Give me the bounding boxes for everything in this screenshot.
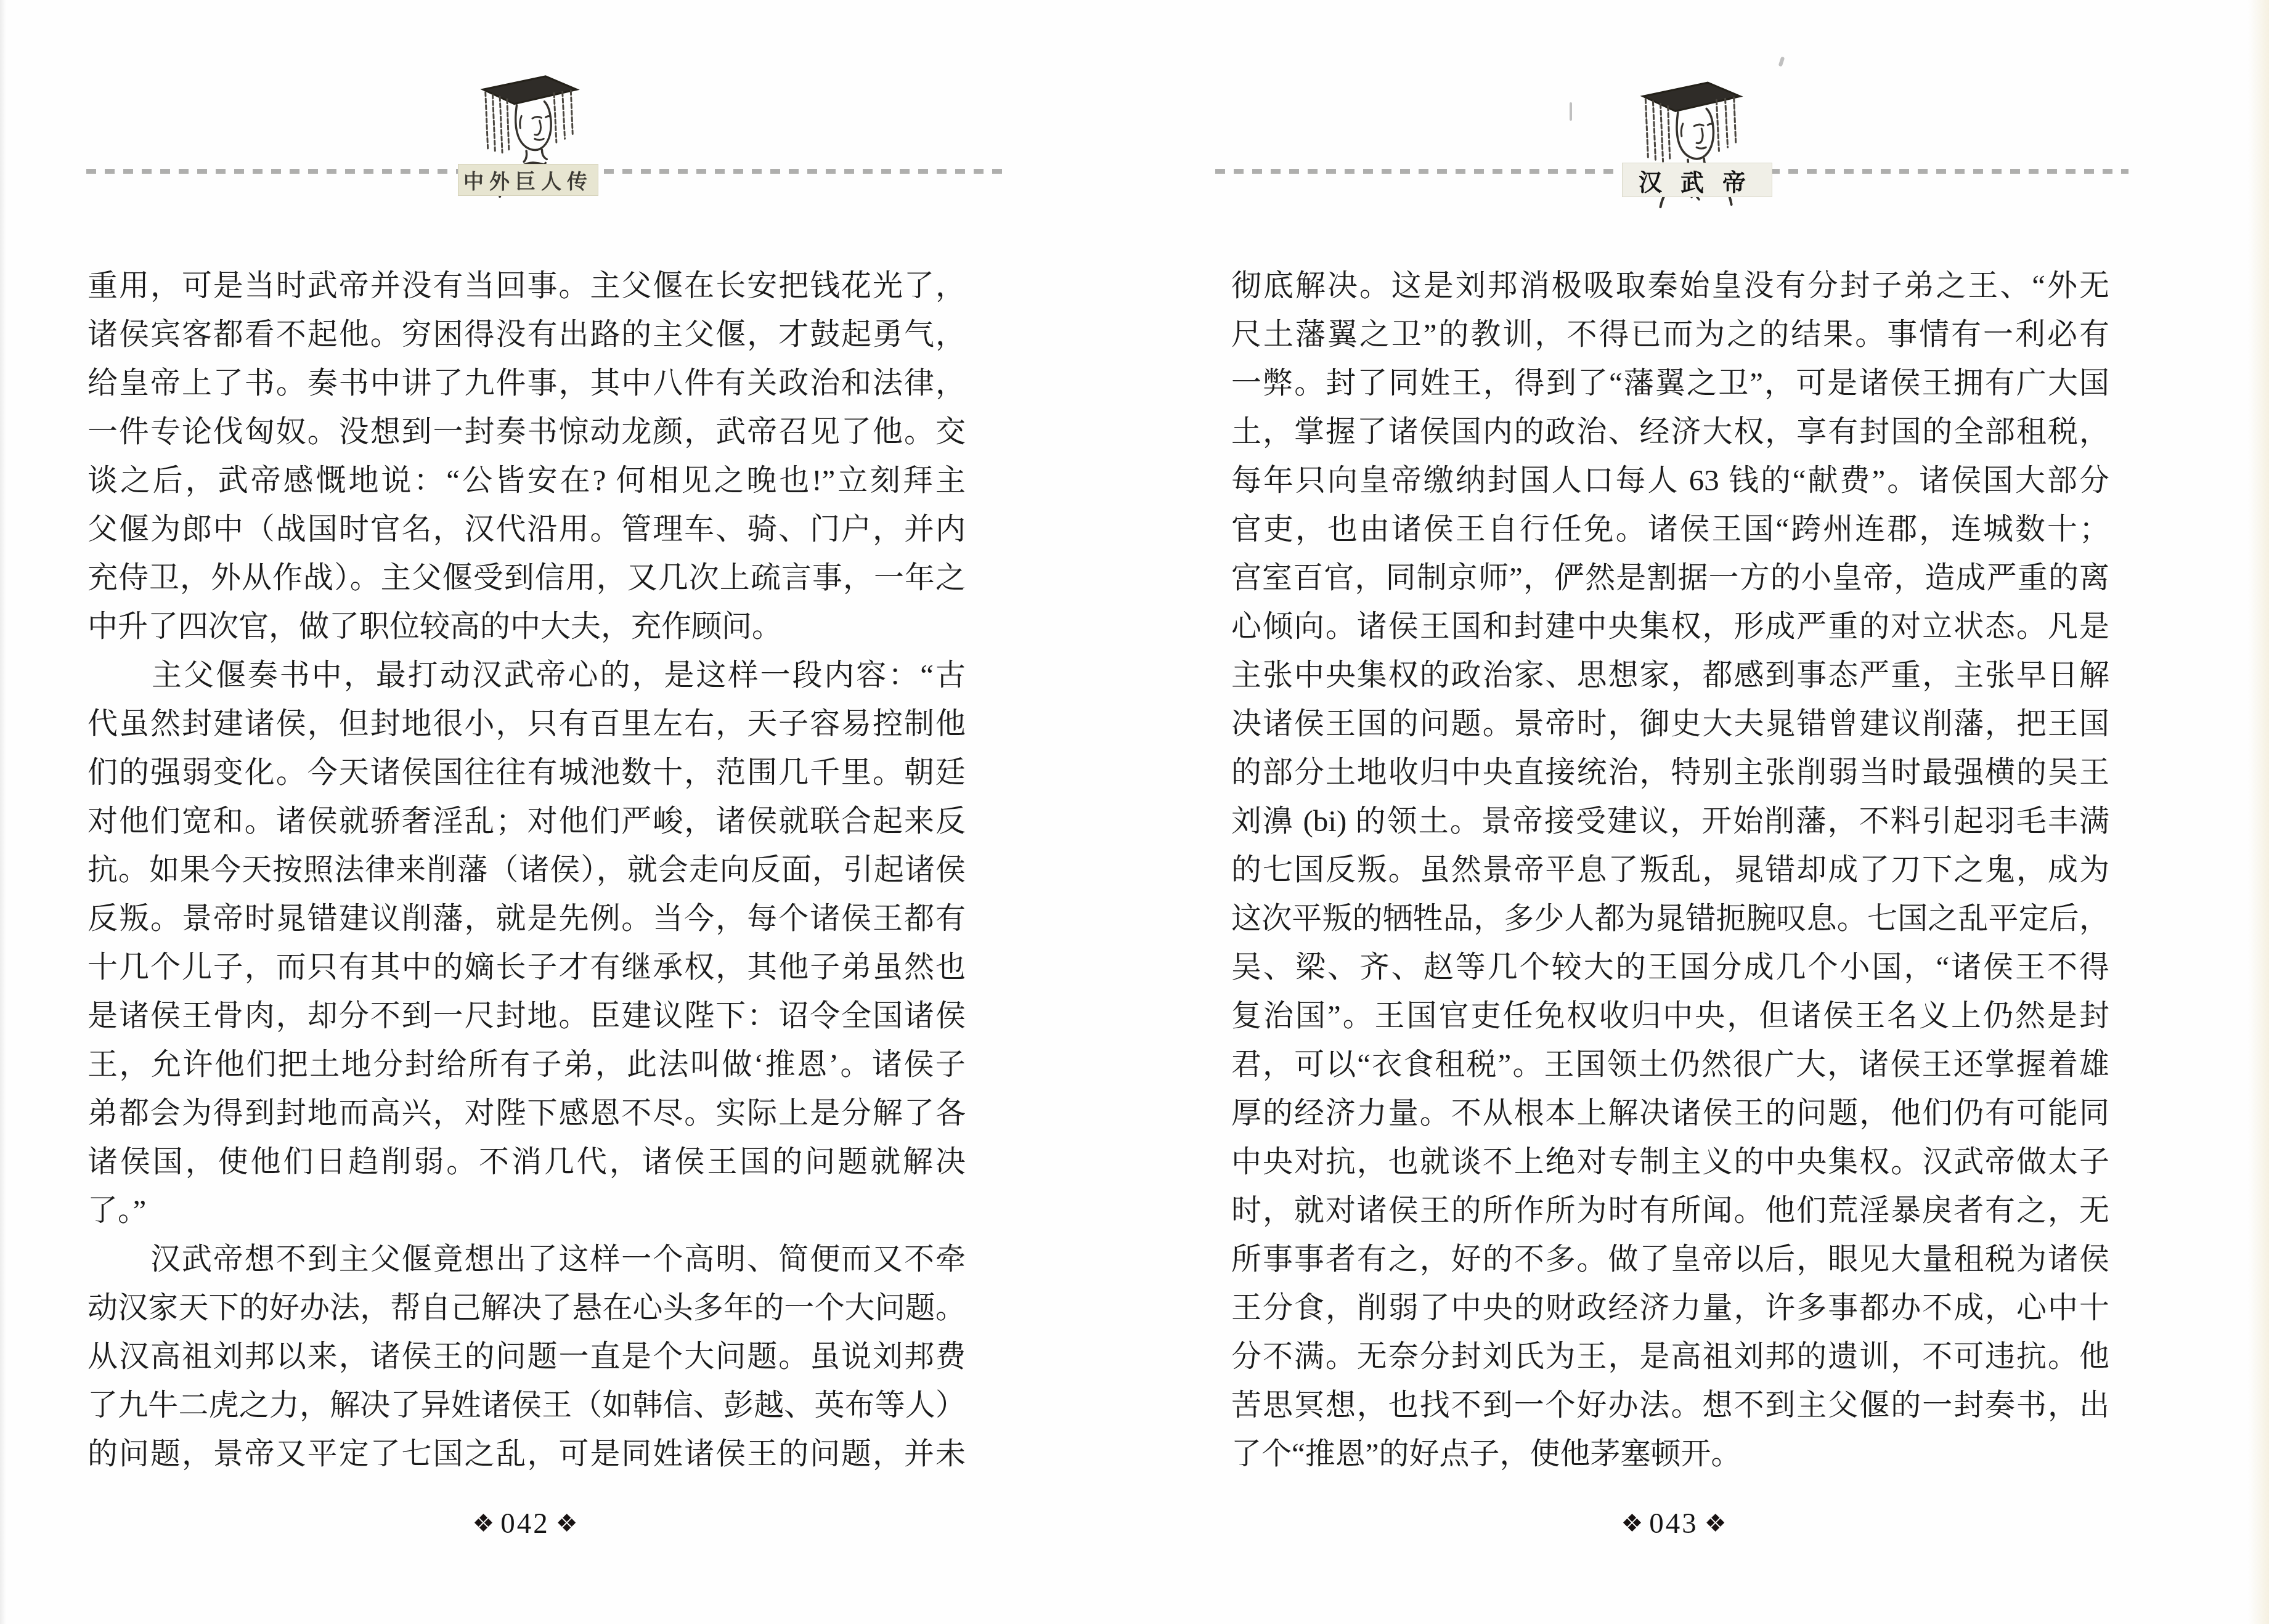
chapter-title-text: 汉武帝 — [1639, 163, 1764, 197]
text-line: 反叛。景帝时晁错建议削藩，就是先例。当今，每个诸侯王都有 — [88, 894, 966, 943]
text-line: 主父偃奏书中，最打动汉武帝心的，是这样一段内容：“古 — [88, 651, 966, 699]
text-line: 尺土藩翼之卫”的教训，不得已而为之的结果。事情有一利必有 — [1231, 310, 2109, 359]
text-line: 重用，可是当时武帝并没有当回事。主父偃在长安把钱花光了， — [88, 261, 966, 310]
diamond-ornament-icon: ❖ — [1621, 1511, 1643, 1536]
scan-edge-shadow — [2248, 0, 2269, 1624]
text-line: 汉武帝想不到主父偃竟想出了这样一个高明、简便而又不牵 — [88, 1235, 966, 1283]
text-line: 中央对抗，也就谈不上绝对专制主义的中央集权。汉武帝做太子 — [1231, 1137, 2109, 1186]
text-line: 王，允许他们把土地分封给所有子弟，此法叫做‘推恩’。诸侯子 — [88, 1040, 966, 1089]
text-line: 了个“推恩”的好点子，使他茅塞顿开。 — [1231, 1429, 2109, 1478]
text-line: 充侍卫，外从作战）。主父偃受到信用，又几次上疏言事，一年之 — [88, 553, 966, 602]
text-line: 诸侯宾客都看不起他。穷困得没有出路的主父偃，才鼓起勇气， — [88, 310, 966, 359]
scan-speck — [1570, 102, 1572, 121]
text-line: 了。” — [88, 1186, 966, 1235]
text-line: 土，掌握了诸侯国内的政治、经济大权，享有封国的全部租税， — [1231, 407, 2109, 456]
page-number-text: 043 — [1649, 1507, 1698, 1540]
text-line: 代虽然封建诸侯，但封地很小，只有百里左右，天子容易控制他 — [88, 699, 966, 748]
diamond-ornament-icon: ❖ — [1705, 1511, 1727, 1536]
diamond-ornament-icon: ❖ — [556, 1511, 578, 1536]
text-line: 每年只向皇帝缴纳封国人口每人 63 钱的“献费”。诸侯国大部分 — [1231, 456, 2109, 505]
text-line: 厚的经济力量。不从根本上解决诸侯王的问题，他们仍有可能同 — [1231, 1089, 2109, 1137]
text-line: 弟都会为得到封地而高兴，对陛下感恩不尽。实际上是分解了各 — [88, 1089, 966, 1137]
text-line: 王分食，削弱了中央的财政经济力量，许多事都办不成，心中十 — [1231, 1283, 2109, 1332]
text-line: 的部分土地收归中央直接统治，特别主张削弱当时最强横的吴王 — [1231, 748, 2109, 797]
text-line: 苦思冥想，也找不到一个好办法。想不到主父偃的一封奏书，出 — [1231, 1381, 2109, 1429]
text-line: 决诸侯王国的问题。景帝时，御史大夫晁错曾建议削藩，把王国 — [1231, 699, 2109, 748]
diamond-ornament-icon: ❖ — [472, 1511, 494, 1536]
text-line: 十几个儿子，而只有其中的嫡长子才有继承权，其他子弟虽然也 — [88, 943, 966, 991]
text-line: 的七国反叛。虽然景帝平息了叛乱，晁错却成了刀下之鬼，成为 — [1231, 845, 2109, 894]
text-column: 重用，可是当时武帝并没有当回事。主父偃在长安把钱花光了，诸侯宾客都看不起他。穷困… — [88, 261, 966, 1478]
chapter-title-label: 汉武帝 — [1622, 163, 1772, 197]
text-line: 们的强弱变化。今天诸侯国往往有城池数十，范围几千里。朝廷 — [88, 748, 966, 797]
text-line: 宫室百官，同制京师”，俨然是割据一方的小皇帝，造成严重的离 — [1231, 553, 2109, 602]
text-line: 对他们宽和。诸侯就骄奢淫乱；对他们严峻，诸侯就联合起来反 — [88, 797, 966, 845]
book-spread: 中外巨人传 — [0, 0, 2269, 1624]
text-line: 主张中央集权的政治家、思想家，都感到事态严重，主张早日解 — [1231, 651, 2109, 699]
text-line: 时，就对诸侯王的所作所为时有所闻。他们荒淫暴戾者有之，无 — [1231, 1186, 2109, 1235]
text-line: 从汉高祖刘邦以来，诸侯王的问题一直是个大问题。虽说刘邦费 — [88, 1332, 966, 1381]
page-number-text: 042 — [500, 1507, 550, 1540]
text-line: 给皇帝上了书。奏书中讲了九件事，其中八件有关政治和法律， — [88, 359, 966, 407]
text-column: 彻底解决。这是刘邦消极吸取秦始皇没有分封子弟之王、“外无尺土藩翼之卫”的教训，不… — [1231, 261, 2109, 1478]
text-line: 父偃为郎中（战国时官名，汉代沿用。管理车、骑、门户，并内 — [88, 505, 966, 553]
text-line: 一件专论伐匈奴。没想到一封奏书惊动龙颜，武帝召见了他。交 — [88, 407, 966, 456]
text-line: 君，可以“衣食租税”。王国领土仍然很广大，诸侯王还掌握着雄 — [1231, 1040, 2109, 1089]
scan-speck — [1778, 56, 1785, 67]
text-line: 动汉家天下的好办法，帮自己解决了悬在心头多年的一个大问题。 — [88, 1283, 966, 1332]
text-line: 谈之后，武帝感慨地说：“公皆安在? 何相见之晚也!”立刻拜主 — [88, 456, 966, 505]
text-line: 中升了四次官，做了职位较高的中大夫，充作顾问。 — [88, 602, 966, 651]
text-line: 这次平叛的牺牲品，多少人都为晁错扼腕叹息。七国之乱平定后， — [1231, 894, 2109, 943]
text-line: 诸侯国，使他们日趋削弱。不消几代，诸侯王国的问题就解决 — [88, 1137, 966, 1186]
text-line: 了九牛二虎之力，解决了异姓诸侯王（如韩信、彭越、英布等人） — [88, 1381, 966, 1429]
scan-edge-shadow — [0, 0, 6, 1624]
text-line: 心倾向。诸侯王国和封建中央集权，形成严重的对立状态。凡是 — [1231, 602, 2109, 651]
text-line: 刘濞 (bi) 的领土。景帝接受建议，开始削藩，不料引起羽毛丰满 — [1231, 797, 2109, 845]
text-line: 彻底解决。这是刘邦消极吸取秦始皇没有分封子弟之王、“外无 — [1231, 261, 2109, 310]
text-line: 的问题，景帝又平定了七国之乱，可是同姓诸侯王的问题，并未 — [88, 1429, 966, 1478]
series-title-text: 中外巨人传 — [463, 166, 593, 195]
series-title-label: 中外巨人传 — [458, 164, 598, 196]
page-number: ❖ 042 ❖ — [371, 1502, 679, 1545]
text-line: 复治国”。王国官吏任免权收归中央，但诸侯王名义上仍然是封 — [1231, 991, 2109, 1040]
text-line: 吴、梁、齐、赵等几个较大的王国分成几个小国，“诸侯王不得 — [1231, 943, 2109, 991]
text-line: 是诸侯王骨肉，却分不到一尺封地。臣建议陛下：诏令全国诸侯 — [88, 991, 966, 1040]
text-line: 分不满。无奈分封刘氏为王，是高祖刘邦的遗训，不可违抗。他 — [1231, 1332, 2109, 1381]
text-line: 所事事者有之，好的不多。做了皇帝以后，眼见大量租税为诸侯 — [1231, 1235, 2109, 1283]
text-line: 抗。如果今天按照法律来削藩（诸侯），就会走向反面，引起诸侯 — [88, 845, 966, 894]
text-line: 一弊。封了同姓王，得到了“藩翼之卫”，可是诸侯王拥有广大国 — [1231, 359, 2109, 407]
page-number: ❖ 043 ❖ — [1520, 1502, 1828, 1545]
text-line: 官吏，也由诸侯王自行任免。诸侯王国“跨州连郡，连城数十； — [1231, 505, 2109, 553]
